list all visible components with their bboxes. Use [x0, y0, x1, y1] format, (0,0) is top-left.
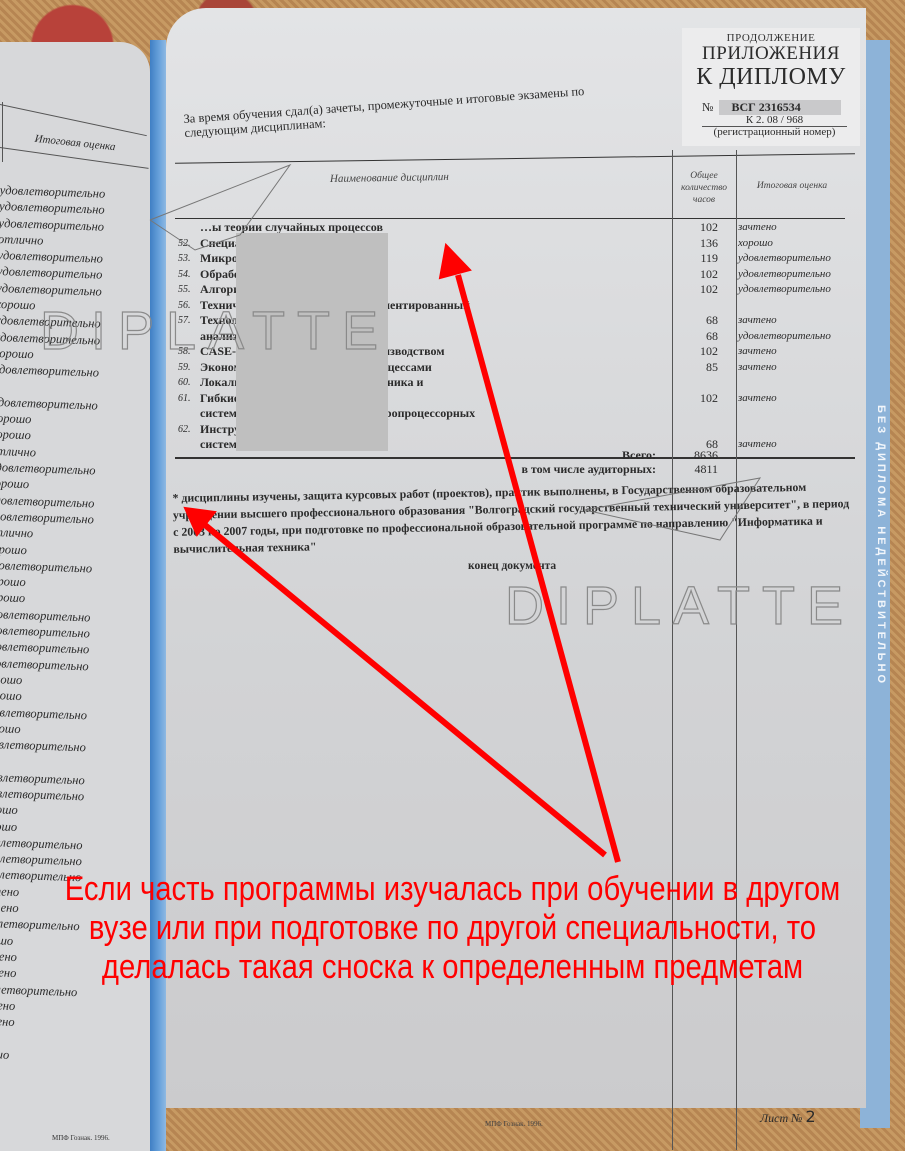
arrow-to-asterisk — [458, 275, 618, 862]
arrowhead-asterisk-icon — [440, 245, 470, 278]
sheet-label: Лист № — [760, 1111, 802, 1125]
annotation-text: Если часть программы изучалась при обуче… — [63, 870, 841, 987]
arrow-to-footnote — [205, 525, 605, 855]
sheet-number: Лист № 2 — [760, 1107, 816, 1126]
print-mark: МПФ Гознак. 1996. — [485, 1120, 543, 1128]
sheet-value: 2 — [805, 1107, 815, 1126]
